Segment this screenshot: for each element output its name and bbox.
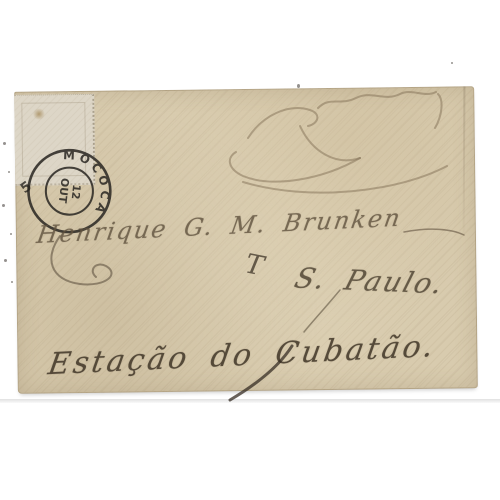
- dust-speck: [2, 204, 5, 207]
- handwriting-check-mark: T: [242, 248, 266, 282]
- stamp-stain: [32, 108, 45, 119]
- svg-text:OUT: OUT: [56, 177, 72, 204]
- dust-speck: [11, 281, 13, 283]
- handwriting-city: S. Paulo.: [291, 262, 449, 301]
- photo-background: MOCOCA 12 OUT 5 Henrique G. M. Brunken T…: [0, 0, 500, 500]
- scan-shadow-line: [0, 399, 500, 403]
- fold-crease: [463, 86, 466, 234]
- postmark-date: 12 OUT: [56, 177, 84, 205]
- dust-speck: [8, 171, 10, 173]
- handwriting-destination: Estação do Cubatão.: [46, 329, 439, 383]
- dust-speck: [3, 142, 6, 145]
- envelope: MOCOCA 12 OUT 5 Henrique G. M. Brunken T…: [14, 86, 478, 394]
- dust-speck: [451, 62, 453, 64]
- dust-speck: [10, 233, 12, 235]
- dust-speck: [4, 259, 7, 262]
- dust-speck: [297, 84, 300, 88]
